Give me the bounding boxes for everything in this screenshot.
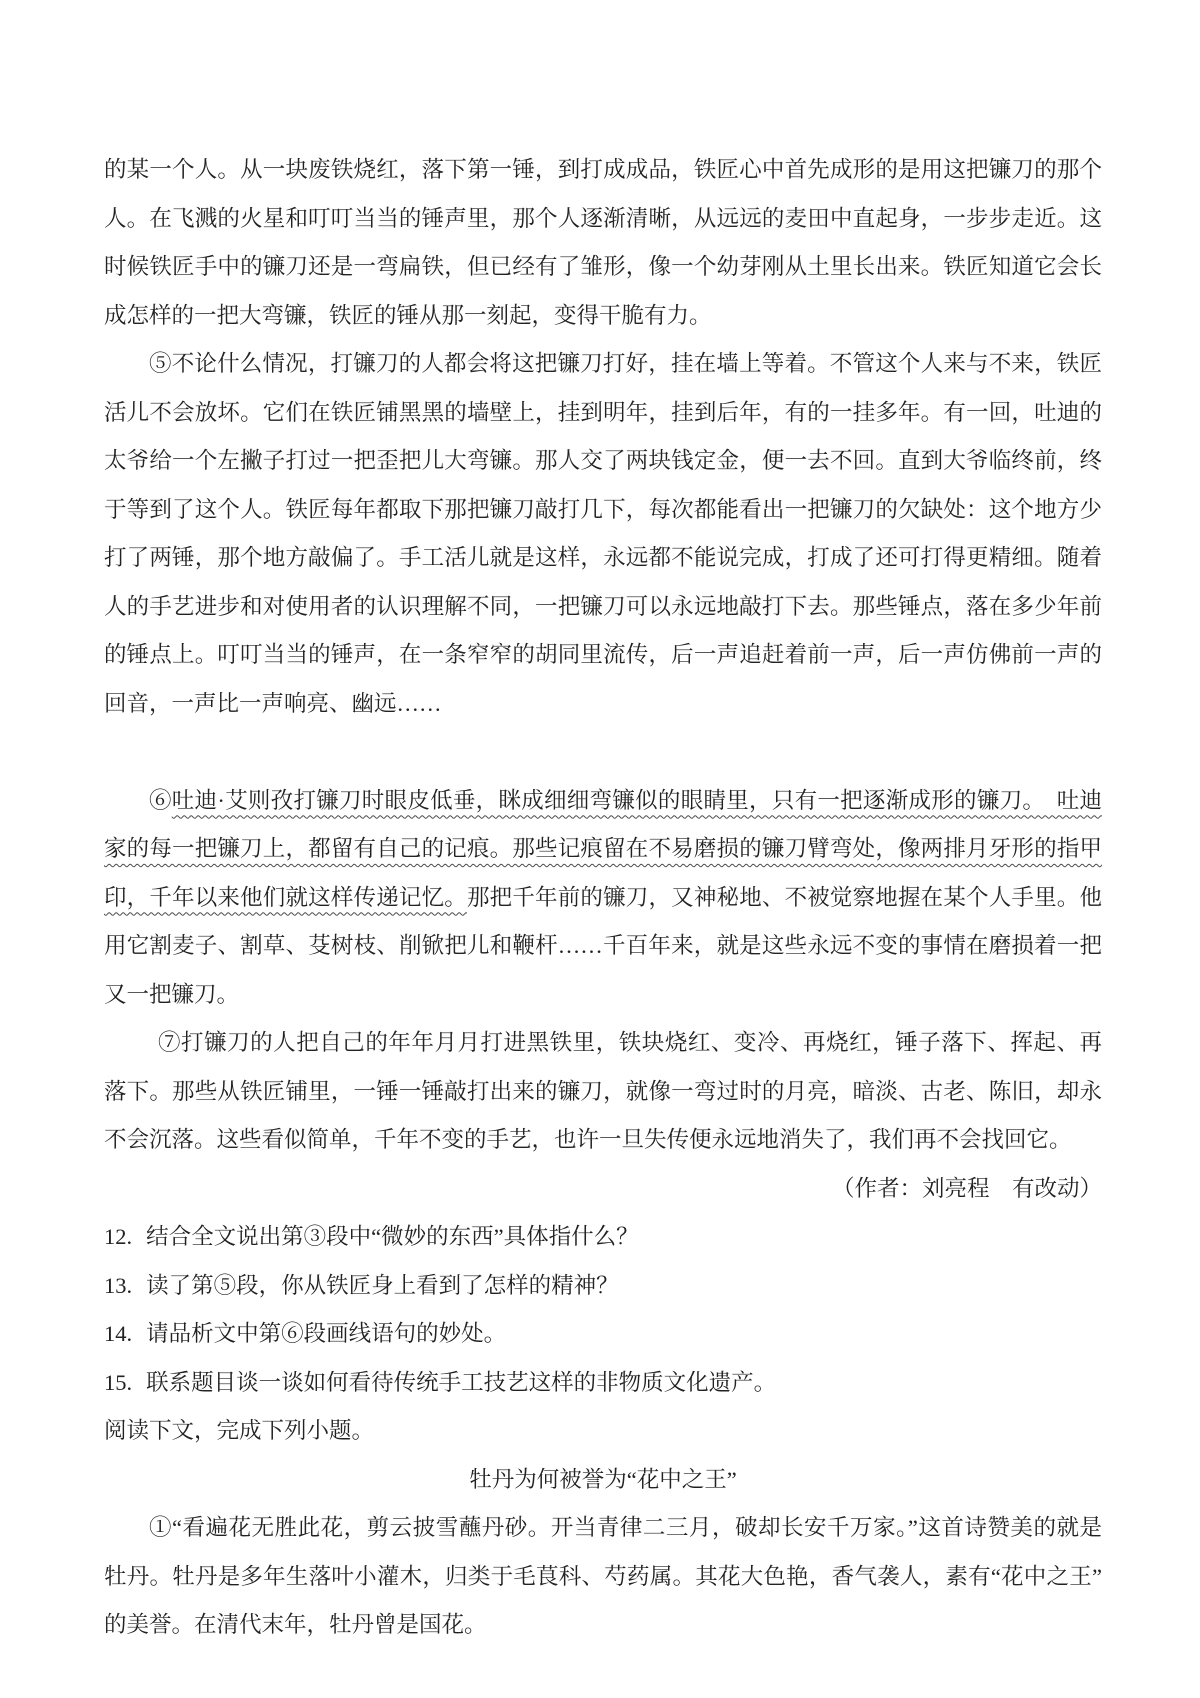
question-14-number: 14. [104, 1310, 132, 1359]
question-13-text: 读了第⑤段，你从铁匠身上看到了怎样的精神？ [146, 1273, 619, 1298]
question-12-text: 结合全文说出第③段中“微妙的东西”具体指什么？ [146, 1224, 638, 1249]
essay-paragraph-5: ⑤不论什么情况，打镰刀的人都会将这把镰刀打好，挂在墙上等着。不管这个人来与不来，… [104, 340, 1102, 728]
question-13-number: 13. [104, 1262, 132, 1311]
essay-paragraph-7: ⑦打镰刀的人把自己的年年月月打进黑铁里，铁块烧红、变冷、再烧红，锤子落下、挥起、… [104, 1019, 1102, 1165]
question-12-number: 12. [104, 1213, 132, 1262]
question-14: 14.请品析文中第⑥段画线语句的妙处。 [104, 1310, 1102, 1359]
essay-paragraph-4-continuation: 的某一个人。从一块废铁烧红，落下第一锤，到打成成品，铁匠心中首先成形的是用这把镰… [104, 146, 1102, 340]
paragraph-6-number: ⑥ [149, 788, 172, 813]
reading2-paragraph-1: ①“看遍花无胜此花，剪云披雪蘸丹砂。开当青律二三月，破却长安千万家。”这首诗赞美… [104, 1504, 1102, 1650]
document-page: 的某一个人。从一块废铁烧红，落下第一锤，到打成成品，铁匠心中首先成形的是用这把镰… [0, 0, 1200, 1698]
question-12: 12.结合全文说出第③段中“微妙的东西”具体指什么？ [104, 1213, 1102, 1262]
question-15-text: 联系题目谈一谈如何看待传统手工技艺这样的非物质文化遗产。 [146, 1370, 776, 1395]
question-15: 15.联系题目谈一谈如何看待传统手工技艺这样的非物质文化遗产。 [104, 1359, 1102, 1408]
author-attribution: （作者：刘亮程 有改动） [104, 1165, 1102, 1214]
essay-paragraph-6: ⑥吐迪·艾则孜打镰刀时眼皮低垂，眯成细细弯镰似的眼睛里，只有一把逐渐成形的镰刀。… [104, 777, 1102, 1020]
reading2-title: 牡丹为何被誉为“花中之王” [104, 1456, 1102, 1505]
reading2-instruction: 阅读下文，完成下列小题。 [104, 1407, 1102, 1456]
question-13: 13.读了第⑤段，你从铁匠身上看到了怎样的精神？ [104, 1262, 1102, 1311]
question-15-number: 15. [104, 1359, 132, 1408]
question-14-text: 请品析文中第⑥段画线语句的妙处。 [146, 1321, 506, 1346]
